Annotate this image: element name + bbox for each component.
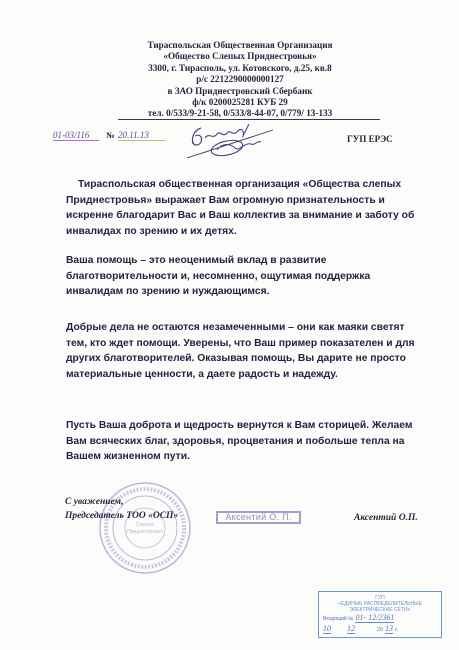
- org-bank: в ЗАО Приднестровский Сбербанк: [120, 86, 360, 97]
- handwritten-signature-icon: [187, 122, 277, 160]
- name-stamp: Аксентий О. П.: [216, 511, 301, 524]
- reference-date: 20.11.13: [118, 130, 166, 141]
- closing-block: С уважением, Председатель ТОО «ОСП»: [65, 495, 178, 523]
- paragraph-wishes: Пусть Ваша доброта и щедрость вернутся к…: [66, 418, 416, 465]
- paragraph-contribution: Ваша помощь – это неоценимый вклад в раз…: [66, 253, 416, 300]
- stamp-year-prefix: 20: [377, 627, 383, 633]
- paragraph-gratitude: Тираспольская общественная организация «…: [66, 177, 416, 239]
- stamp-day: 10: [323, 624, 331, 634]
- stamp-incoming-number: 01- 12/2361: [355, 613, 394, 623]
- org-fiscal-code: ф/к 0200025281 КУБ 29: [120, 97, 360, 108]
- letterhead: Тираспольская Общественная Организация «…: [120, 40, 360, 120]
- stamp-year-suffix: г.: [395, 627, 398, 633]
- letterhead-divider: [118, 119, 380, 120]
- outgoing-number: 01-03/116: [53, 130, 99, 141]
- stamp-incoming-label: Входящий №: [323, 616, 353, 622]
- org-title: «Общество Слепых Приднестровья»: [120, 51, 360, 62]
- stamp-month: 12: [347, 624, 355, 634]
- stamp-year: 13: [385, 624, 393, 634]
- org-name: Тираспольская Общественная Организация: [120, 40, 360, 51]
- seal-text-2: Приднестровья: [127, 529, 163, 535]
- signer-name: Аксентий О.П.: [354, 513, 418, 523]
- letter-page: Тираспольская Общественная Организация «…: [0, 0, 459, 650]
- closing-regards: С уважением,: [65, 495, 178, 509]
- paragraph-good-deeds: Добрые дела не остаются незамеченными – …: [66, 320, 416, 382]
- number-label: №: [106, 130, 115, 140]
- org-address: 3300, г. Тирасполь, ул. Котовского, д.25…: [120, 63, 360, 74]
- closing-position: Председатель ТОО «ОСП»: [65, 509, 178, 523]
- incoming-registration-stamp: ГУП «ЕДИНЫЕ РАСПРЕДЕЛИТЕЛЬНЫЕ ЭЛЕКТРИЧЕС…: [318, 591, 442, 638]
- org-account: р/с 2212290000000127: [120, 74, 360, 85]
- stamp-date-row: 10 12 20 13 г.: [319, 624, 441, 635]
- stamp-incoming-row: Входящий № 01- 12/2361: [319, 613, 441, 624]
- recipient: ГУП ЕРЭС: [347, 134, 393, 144]
